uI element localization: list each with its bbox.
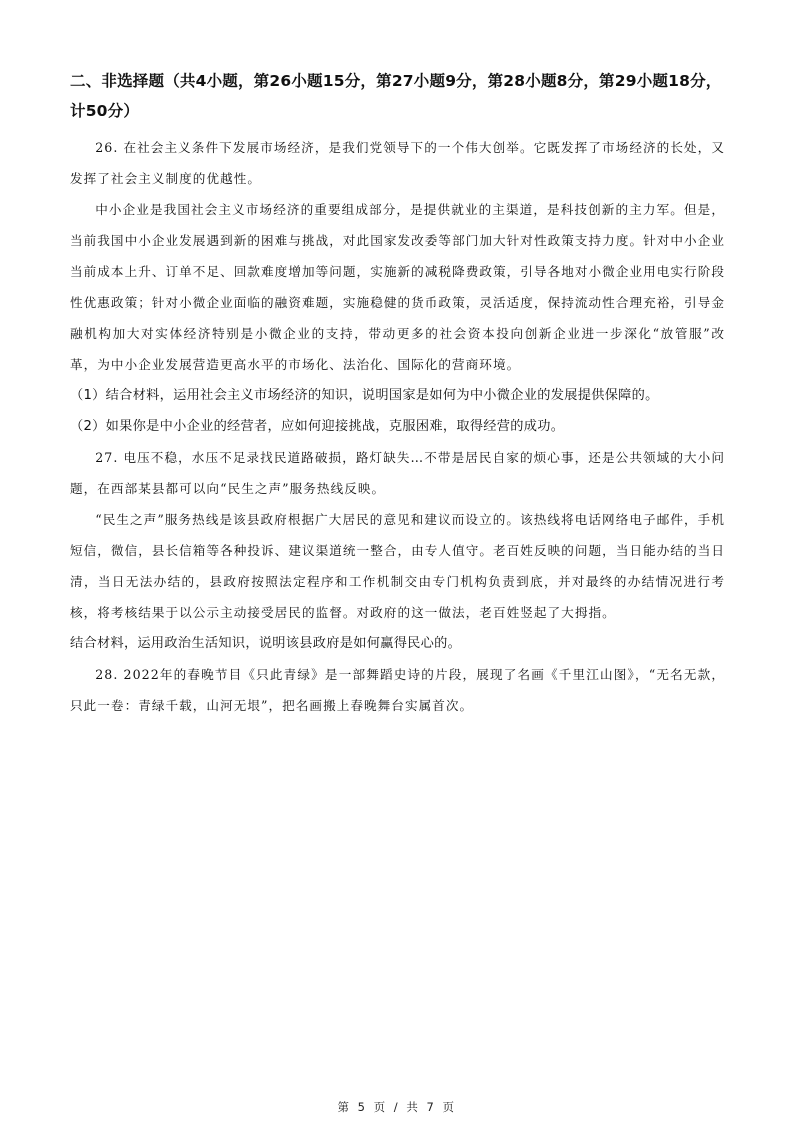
page-footer: 第 5 页 / 共 7 页 [0,1099,793,1115]
question-26-material: 中小企业是我国社会主义市场经济的重要组成部分，是提供就业的主渠道，是科技创新的主… [70,194,725,380]
section-title: 二、非选择题（共4小题，第26小题15分，第27小题9分，第28小题8分，第29… [70,66,725,126]
question-26-sub-2: （2）如果你是中小企业的经营者，应如何迎接挑战，克服困难，取得经营的成功。 [70,411,725,442]
question-28: 28. 2022年的春晚节目《只此青绿》是一部舞蹈史诗的片段，展现了名画《千里江… [70,659,725,721]
question-26-intro: 26. 在社会主义条件下发展市场经济，是我们党领导下的一个伟大创举。它既发挥了市… [70,132,725,194]
exam-page: 二、非选择题（共4小题，第26小题15分，第27小题9分，第28小题8分，第29… [70,66,725,721]
question-27-sub-1: 结合材料，运用政治生活知识，说明该县政府是如何赢得民心的。 [70,628,725,659]
question-27: 27. 电压不稳，水压不足录找民道路破损，路灯缺失…不带是居民自家的烦心事，还是… [70,442,725,659]
question-26-sub-1: （1）结合材料，运用社会主义市场经济的知识，说明国家是如何为中小微企业的发展提供… [70,380,725,411]
question-28-intro: 28. 2022年的春晚节目《只此青绿》是一部舞蹈史诗的片段，展现了名画《千里江… [70,659,725,721]
question-26: 26. 在社会主义条件下发展市场经济，是我们党领导下的一个伟大创举。它既发挥了市… [70,132,725,442]
question-27-intro: 27. 电压不稳，水压不足录找民道路破损，路灯缺失…不带是居民自家的烦心事，还是… [70,442,725,504]
question-27-material: “民生之声”服务热线是该县政府根据广大居民的意见和建议而设立的。该热线将电话网络… [70,504,725,628]
